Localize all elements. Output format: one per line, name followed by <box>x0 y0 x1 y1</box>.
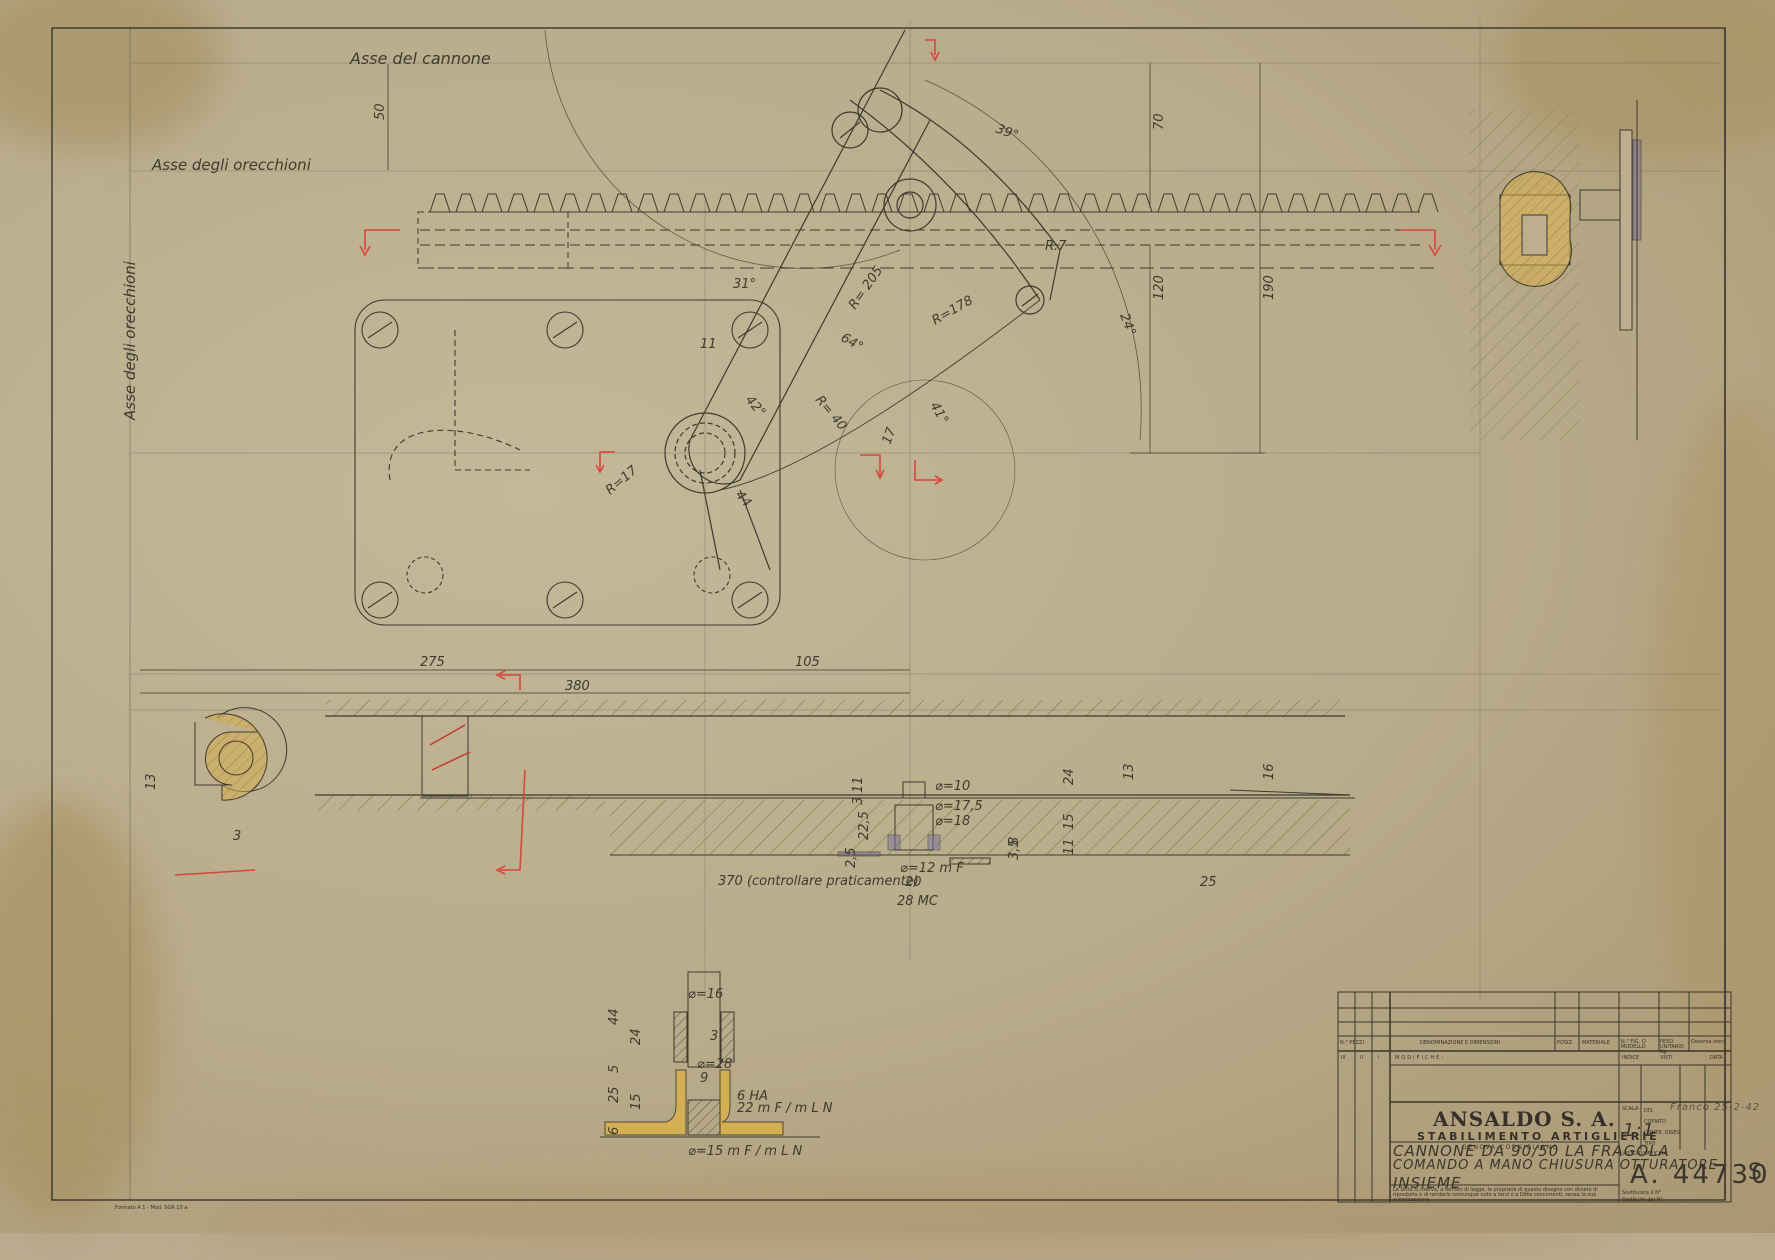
tb-indice: INDICE <box>1622 1055 1639 1061</box>
det-9: 9 <box>700 1071 708 1086</box>
dim-380: 380 <box>565 679 590 694</box>
dim-3: 3 <box>851 797 866 805</box>
tb-mod-I: I <box>1378 1055 1379 1061</box>
footer-form: Formato A 1 - Mod. SGR 10 a <box>115 1205 187 1211</box>
dim-190: 190 <box>1262 275 1277 300</box>
det-3: 3 <box>710 1029 718 1044</box>
cross-section-round <box>195 708 287 800</box>
dim-16: 16 <box>1262 763 1277 780</box>
dim-2-5: 2,5 <box>844 847 859 868</box>
dim-28mc: 28 MC <box>897 894 939 909</box>
tb-visti: VISTI <box>1660 1055 1673 1061</box>
radius-178: R=178 <box>930 293 976 328</box>
tb-col-pieces: N.° PEZZI <box>1340 1040 1364 1046</box>
company-name: ANSALDO S. A. <box>1433 1107 1616 1131</box>
dim-11a: 11 <box>851 776 866 793</box>
rack-gear <box>418 194 1440 268</box>
dim-44: 44 <box>732 488 754 510</box>
check-note: 370 (controllare praticamente) <box>718 874 919 889</box>
dim-11b: 11 <box>1062 838 1077 855</box>
dim-25: 25 <box>1200 875 1217 890</box>
det-d16: ⌀=16 <box>688 987 723 1002</box>
tb-data: DATA <box>1710 1055 1723 1061</box>
tb-dis-value: Franco 25-2-42 <box>1670 1102 1760 1113</box>
trunnion-axis-label: Asse degli orecchioni <box>151 156 312 174</box>
dim-22-5: 22,5 <box>857 811 872 840</box>
det-15: 15 <box>629 1093 644 1110</box>
radius-40: R= 40 <box>812 393 850 434</box>
dim-17: 17 <box>880 425 900 446</box>
dim-d18: ⌀=18 <box>935 814 970 829</box>
tb-controllato: CONTR. DISEG. <box>1644 1130 1682 1136</box>
det-25: 25 <box>607 1086 622 1103</box>
angle-39: 39° <box>994 122 1021 144</box>
dim-sec-13: 13 <box>144 773 159 790</box>
tb-col-model: N.° FIG. O MODELLO <box>1621 1040 1657 1050</box>
dim-120: 120 <box>1152 275 1167 300</box>
dim-d17-5: ⌀=17,5 <box>935 799 983 814</box>
angle-31: 31° <box>733 277 756 292</box>
det-22: 22 m F / m L N <box>737 1101 833 1116</box>
det-d15: ⌀=15 m F / m L N <box>688 1144 802 1159</box>
tb-tipo: TIPO <box>1644 1141 1655 1147</box>
tb-mod-II: II <box>1360 1055 1363 1061</box>
right-section-view <box>1470 100 1641 440</box>
sheet-marker: S <box>1748 1160 1763 1185</box>
det-d28: ⌀=28 <box>697 1057 732 1072</box>
technical-drawing: Asse del cannone Asse degli orecchioni A… <box>0 0 1775 1233</box>
dim-8: 8 <box>1007 837 1022 845</box>
tb-col-weight: PESO UNITARIO Kg <box>1660 1040 1688 1055</box>
dim-15: 15 <box>1062 813 1077 830</box>
radius-7: R.7 <box>1045 239 1067 254</box>
angle-41: 41° <box>927 400 952 427</box>
section-hatch <box>315 700 1355 855</box>
section-arrows <box>175 40 1441 875</box>
angle-24: 24° <box>1116 311 1138 338</box>
tb-sostituisce: Sostituisce il N° <box>1622 1190 1661 1196</box>
dim-24: 24 <box>1062 768 1077 785</box>
dim-105: 105 <box>795 655 820 670</box>
dim-sec-3: 3 <box>233 829 241 844</box>
cannon-axis-label: Asse del cannone <box>349 49 491 68</box>
dim-d10: ⌀=10 <box>935 779 970 794</box>
radius-17: R=17 <box>603 463 641 498</box>
tb-col-position: POSIZ. <box>1557 1040 1574 1046</box>
angle-64: 64° <box>838 330 865 355</box>
legal-note: La Ditta si riserva, a termini di legge,… <box>1393 1188 1615 1203</box>
det-6: 6 <box>607 1127 622 1135</box>
tb-col-material: MATERIALE <box>1582 1040 1610 1046</box>
det-44: 44 <box>607 1008 622 1025</box>
tb-col-description: DENOMINAZIONE E DIMENSIONI <box>1420 1040 1500 1046</box>
tb-scala-label: SCALA <box>1622 1106 1638 1112</box>
tb-sostituito: Sostituito dal N° <box>1622 1197 1663 1203</box>
det-24: 24 <box>629 1028 644 1045</box>
trunnion-axis-vertical-label: Asse degli orecchioni <box>121 260 139 421</box>
tb-modifiche: MODIFICHE: <box>1395 1055 1445 1061</box>
angle-42: 42° <box>742 393 768 420</box>
dim-275: 275 <box>420 655 445 670</box>
tb-dis-label: DIS. <box>1644 1108 1654 1114</box>
tb-mod-III: III <box>1341 1055 1345 1061</box>
tb-col-notes: Osserva-zioni <box>1691 1040 1729 1045</box>
tb-visto-officina: VISTO D'OFFICINA <box>1622 1151 1667 1157</box>
det-5: 5 <box>607 1065 622 1073</box>
dim-11: 11 <box>700 337 717 352</box>
dim-axis-offset: 50 <box>373 103 388 120</box>
tb-copiato: COPIATO <box>1644 1119 1666 1125</box>
radius-205: R= 205 <box>846 264 886 313</box>
dim-70: 70 <box>1152 113 1167 130</box>
dim-13: 13 <box>1122 763 1137 780</box>
